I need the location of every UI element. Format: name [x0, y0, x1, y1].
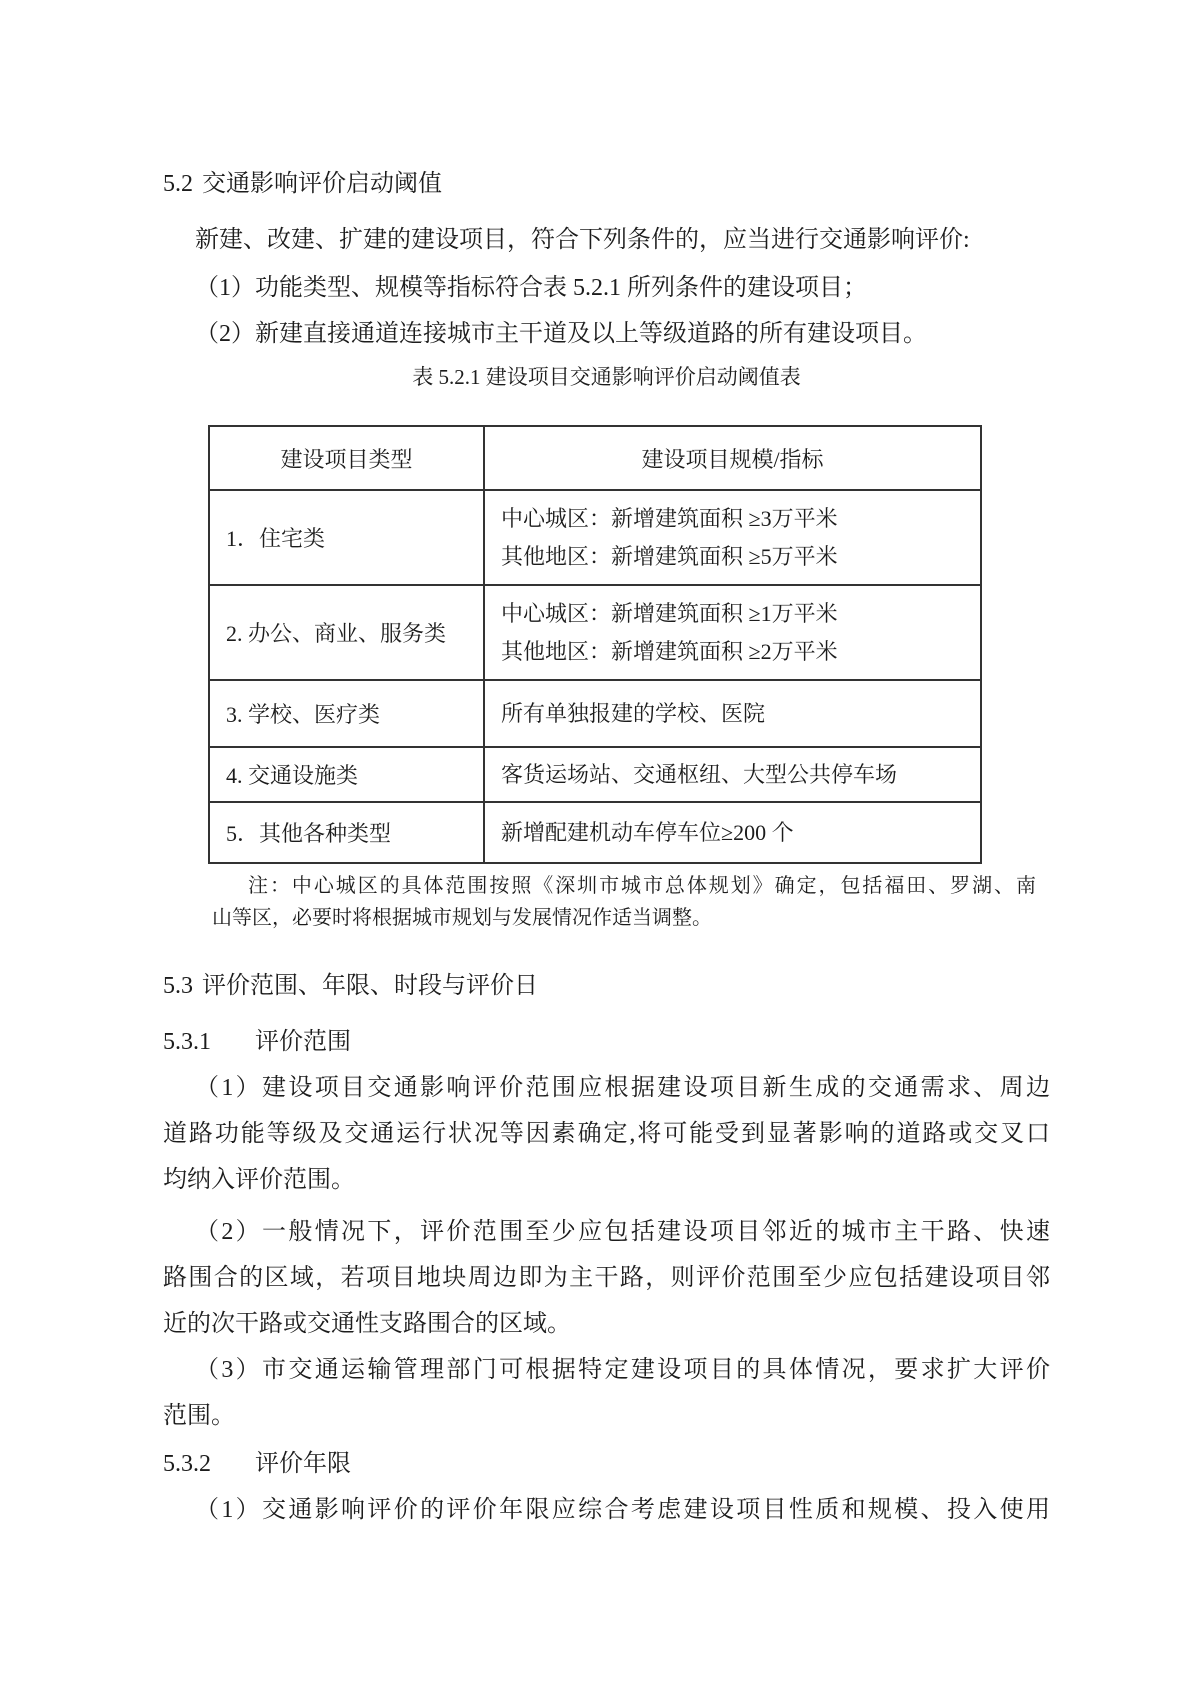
list-item-2: （2）新建直接通道连接城市主干道及以上等级道路的所有建设项目。 — [163, 311, 1050, 357]
section-title: 交通影响评价启动阈值 — [202, 171, 442, 197]
section-number: 5.2 — [163, 161, 193, 207]
section-title: 评价范围、年限、时段与评价日 — [202, 973, 538, 999]
paragraph-line: （2）一般情况下，评价范围至少应包括建设项目邻近的城市主干路、快速 — [163, 1209, 1050, 1255]
paragraph-line: 范围。 — [163, 1393, 1050, 1439]
row-indicator-cell: 所有单独报建的学校、医院 — [484, 680, 981, 747]
paragraph-line: （3）市交通运输管理部门可根据特定建设项目的具体情况，要求扩大评价 — [163, 1347, 1050, 1393]
paragraph-5-3-1-2: （2）一般情况下，评价范围至少应包括建设项目邻近的城市主干路、快速 路围合的区域… — [163, 1209, 1050, 1347]
table-row: 2. 办公、商业、服务类 中心城区：新增建筑面积 ≥1万平米 其他地区：新增建筑… — [209, 585, 981, 680]
section-title: 评价范围 — [255, 1029, 351, 1055]
document-page: 5.2交通影响评价启动阈值 新建、改建、扩建的建设项目，符合下列条件的，应当进行… — [0, 0, 1191, 1684]
col-header-indicator: 建设项目规模/指标 — [484, 426, 981, 490]
row-indicator-cell: 新增配建机动车停车位≥200 个 — [484, 802, 981, 863]
indicator-line: 其他地区：新增建筑面积 ≥2万平米 — [501, 633, 974, 671]
list-item-1: （1）功能类型、规模等指标符合表 5.2.1 所列条件的建设项目； — [163, 265, 1050, 311]
paragraph-5-3-2-1: （1）交通影响评价的评价年限应综合考虑建设项目性质和规模、投入使用 — [163, 1487, 1050, 1533]
indicator-line: 中心城区：新增建筑面积 ≥3万平米 — [501, 500, 974, 538]
section-5-3-heading: 5.3评价范围、年限、时段与评价日 — [163, 963, 1050, 1009]
indicator-line: 中心城区：新增建筑面积 ≥1万平米 — [501, 595, 974, 633]
table-row: 4. 交通设施类 客货运场站、交通枢纽、大型公共停车场 — [209, 747, 981, 802]
paragraph-line: 近的次干路或交通性支路围合的区域。 — [163, 1301, 1050, 1347]
section-title: 评价年限 — [255, 1451, 351, 1477]
row-type-cell: 1．住宅类 — [209, 490, 484, 585]
paragraph-line: （1）交通影响评价的评价年限应综合考虑建设项目性质和规模、投入使用 — [163, 1487, 1050, 1533]
intro-paragraph: 新建、改建、扩建的建设项目，符合下列条件的，应当进行交通影响评价: — [163, 217, 1050, 263]
threshold-table: 建设项目类型 建设项目规模/指标 1．住宅类 中心城区：新增建筑面积 ≥3万平米… — [208, 425, 982, 864]
row-type-cell: 3. 学校、医疗类 — [209, 680, 484, 747]
row-indicator-cell: 中心城区：新增建筑面积 ≥3万平米 其他地区：新增建筑面积 ≥5万平米 — [484, 490, 981, 585]
row-type-cell: 5．其他各种类型 — [209, 802, 484, 863]
table-header-row: 建设项目类型 建设项目规模/指标 — [209, 426, 981, 490]
table-caption: 表 5.2.1 建设项目交通影响评价启动阈值表 — [163, 357, 1050, 397]
row-indicator-cell: 客货运场站、交通枢纽、大型公共停车场 — [484, 747, 981, 802]
note-line: 山等区，必要时将根据城市规划与发展情况作适当调整。 — [212, 902, 1036, 934]
indicator-line: 客货运场站、交通枢纽、大型公共停车场 — [501, 756, 974, 794]
section-number: 5.3 — [163, 963, 193, 1009]
paragraph-line: 路围合的区域，若项目地块周边即为主干路，则评价范围至少应包括建设项目邻 — [163, 1255, 1050, 1301]
table-row: 5．其他各种类型 新增配建机动车停车位≥200 个 — [209, 802, 981, 863]
row-indicator-cell: 中心城区：新增建筑面积 ≥1万平米 其他地区：新增建筑面积 ≥2万平米 — [484, 585, 981, 680]
paragraph-line: 道路功能等级及交通运行状况等因素确定,将可能受到显著影响的道路或交叉口 — [163, 1111, 1050, 1157]
table-row: 1．住宅类 中心城区：新增建筑面积 ≥3万平米 其他地区：新增建筑面积 ≥5万平… — [209, 490, 981, 585]
table-row: 3. 学校、医疗类 所有单独报建的学校、医院 — [209, 680, 981, 747]
table-note: 注：中心城区的具体范围按照《深圳市城市总体规划》确定，包括福田、罗湖、南 山等区… — [212, 870, 1036, 934]
col-header-type: 建设项目类型 — [209, 426, 484, 490]
row-type-cell: 4. 交通设施类 — [209, 747, 484, 802]
section-5-3-2-heading: 5.3.2评价年限 — [163, 1441, 1050, 1487]
indicator-line: 新增配建机动车停车位≥200 个 — [501, 814, 974, 852]
note-line: 注：中心城区的具体范围按照《深圳市城市总体规划》确定，包括福田、罗湖、南 — [212, 870, 1036, 902]
section-number: 5.3.2 — [163, 1441, 255, 1487]
section-5-3-1-heading: 5.3.1评价范围 — [163, 1019, 1050, 1065]
row-type-cell: 2. 办公、商业、服务类 — [209, 585, 484, 680]
paragraph-line: 均纳入评价范围。 — [163, 1157, 1050, 1203]
paragraph-5-3-1-1: （1）建设项目交通影响评价范围应根据建设项目新生成的交通需求、周边 道路功能等级… — [163, 1065, 1050, 1203]
section-number: 5.3.1 — [163, 1019, 255, 1065]
indicator-line: 所有单独报建的学校、医院 — [501, 695, 974, 733]
indicator-line: 其他地区：新增建筑面积 ≥5万平米 — [501, 538, 974, 576]
paragraph-line: （1）建设项目交通影响评价范围应根据建设项目新生成的交通需求、周边 — [163, 1065, 1050, 1111]
section-5-2-heading: 5.2交通影响评价启动阈值 — [163, 161, 1050, 207]
paragraph-5-3-1-3: （3）市交通运输管理部门可根据特定建设项目的具体情况，要求扩大评价 范围。 — [163, 1347, 1050, 1439]
